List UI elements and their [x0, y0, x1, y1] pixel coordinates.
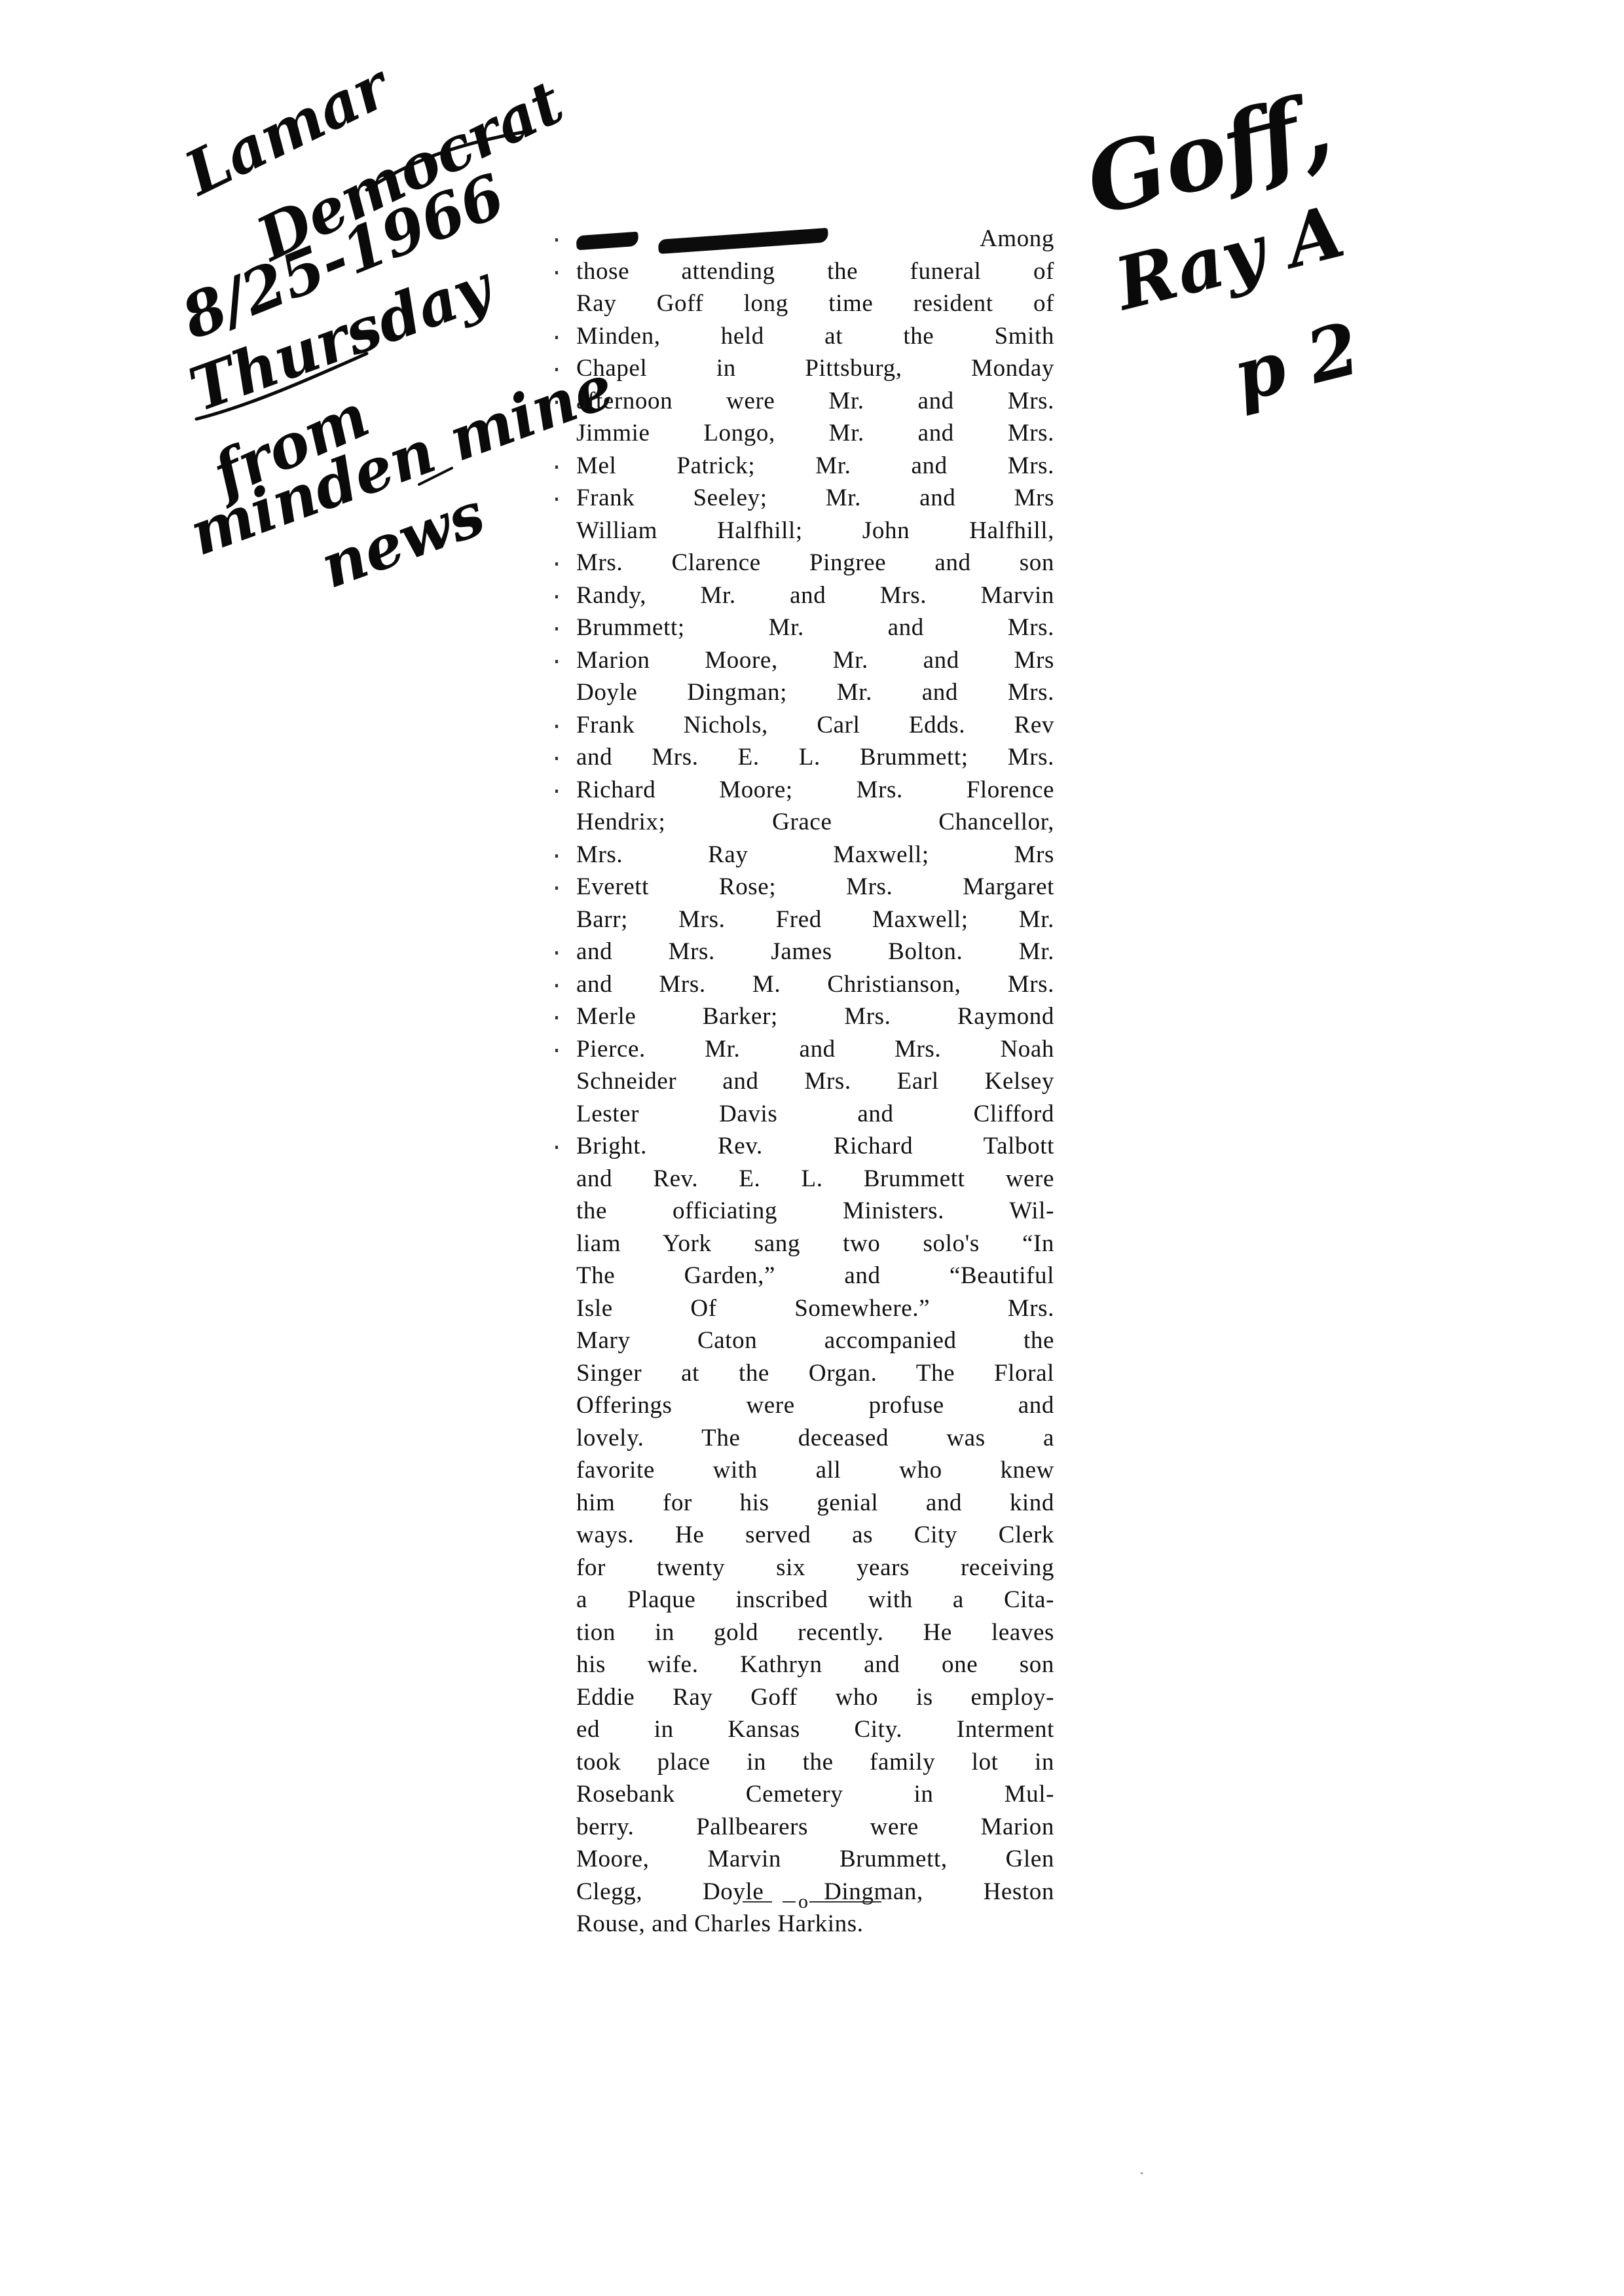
- margin-speck: [551, 611, 564, 644]
- article-line: those attending the funeral of: [576, 255, 1054, 288]
- article-line: Moore, Marvin Brummett, Glen: [576, 1843, 1054, 1876]
- article-line: Jimmie Longo, Mr. and Mrs.: [576, 417, 1054, 450]
- redacted-name: [576, 223, 828, 255]
- margin-speck: [551, 774, 564, 807]
- margin-speck: [551, 741, 564, 774]
- newspaper-clipping: Among those attending the funeral ofRay …: [576, 223, 1054, 1941]
- article-line: him for his genial and kind: [576, 1487, 1054, 1520]
- article-line: and Mrs. M. Christianson, Mrs.: [576, 968, 1054, 1001]
- margin-speck: [551, 547, 564, 579]
- article-line: for twenty six years receiving: [576, 1552, 1054, 1584]
- article-line: lovely. The deceased was a: [576, 1422, 1054, 1455]
- article-line: Rosebank Cemetery in Mul-: [576, 1778, 1054, 1811]
- margin-speck: [551, 287, 564, 320]
- article-line: Mary Caton accompanied the: [576, 1324, 1054, 1357]
- handwriting-page-number: p 2: [1227, 312, 1366, 412]
- article-line: tion in gold recently. He leaves: [576, 1616, 1054, 1649]
- article-line: ed in Kansas City. Interment: [576, 1713, 1054, 1746]
- margin-speck: [551, 1033, 564, 1066]
- article-line: afternoon were Mr. and Mrs.: [576, 385, 1054, 418]
- article-line: favorite with all who knew: [576, 1454, 1054, 1487]
- margin-speck: [551, 1065, 564, 1098]
- article-line: The Garden,” and “Beautiful: [576, 1260, 1054, 1292]
- margin-speck: [551, 1000, 564, 1033]
- article-line: Marion Moore, Mr. and Mrs: [576, 644, 1054, 677]
- article-line: Minden, held at the Smith: [576, 320, 1054, 353]
- article-line: Merle Barker; Mrs. Raymond: [576, 1000, 1054, 1033]
- article-line: Everett Rose; Mrs. Margaret: [576, 871, 1054, 903]
- article-line: Offerings were profuse and: [576, 1389, 1054, 1422]
- margin-speck: [551, 352, 564, 385]
- redaction-mark: [658, 227, 829, 253]
- margin-speck: [551, 709, 564, 742]
- margin-speck: [551, 676, 564, 709]
- article-line: berry. Pallbearers were Marion: [576, 1811, 1054, 1844]
- handwritten-note-right: Goff, Ray A p 2: [1087, 118, 1388, 484]
- article-line: Randy, Mr. and Mrs. Marvin: [576, 579, 1054, 612]
- article-line: Eddie Ray Goff who is employ-: [576, 1681, 1054, 1714]
- margin-speck: [551, 903, 564, 936]
- article-line: a Plaque inscribed with a Cita-: [576, 1584, 1054, 1616]
- article-line: his wife. Kathryn and one son: [576, 1649, 1054, 1681]
- article-line: and Rev. E. L. Brummett were: [576, 1163, 1054, 1195]
- article-line: Singer at the Organ. The Floral: [576, 1357, 1054, 1390]
- article-line: Mrs. Ray Maxwell; Mrs: [576, 839, 1054, 871]
- article-line: liam York sang two solo's “In: [576, 1228, 1054, 1260]
- article-line: Hendrix; Grace Chancellor,: [576, 806, 1054, 839]
- margin-speck: [551, 839, 564, 871]
- article-word: Among: [980, 223, 1054, 255]
- separator-dash: [809, 1901, 881, 1903]
- redaction-mark: [576, 231, 638, 250]
- margin-speck: [551, 385, 564, 418]
- article-line: William Halfhill; John Halfhill,: [576, 515, 1054, 547]
- margin-speck: [551, 806, 564, 839]
- article-line: Frank Nichols, Carl Edds. Rev: [576, 709, 1054, 742]
- margin-speck: [551, 968, 564, 1001]
- article-line: and Mrs. James Bolton. Mr.: [576, 936, 1054, 968]
- margin-speck: [551, 515, 564, 547]
- margin-speck: [551, 1098, 564, 1131]
- margin-scan-marks: [551, 223, 564, 1163]
- article-line: Mrs. Clarence Pingree and son: [576, 547, 1054, 579]
- article-line: Ray Goff long time resident of: [576, 287, 1054, 320]
- article-line: Schneider and Mrs. Earl Kelsey: [576, 1065, 1054, 1098]
- article-separator: o: [694, 1895, 930, 1908]
- article-line: Rouse, and Charles Harkins.: [576, 1908, 1054, 1941]
- article-body: those attending the funeral ofRay Goff l…: [576, 255, 1054, 1941]
- margin-speck: [551, 450, 564, 483]
- separator-dash: [783, 1901, 796, 1903]
- article-line: Lester Davis and Clifford: [576, 1098, 1054, 1131]
- article-line: Brummett; Mr. and Mrs.: [576, 611, 1054, 644]
- article-line: Doyle Dingman; Mr. and Mrs.: [576, 676, 1054, 709]
- margin-speck: [551, 871, 564, 903]
- handwritten-note-left: Lamar Democrat 8/25-1966 Thursday from m…: [177, 118, 544, 589]
- scan-speck: [1141, 2172, 1143, 2174]
- article-line: Frank Seeley; Mr. and Mrs: [576, 482, 1054, 515]
- margin-speck: [551, 417, 564, 450]
- margin-speck: [551, 482, 564, 515]
- margin-speck: [551, 936, 564, 968]
- article-line: the officiating Ministers. Wil-: [576, 1195, 1054, 1228]
- separator-glyph: o: [798, 1891, 808, 1913]
- article-line: Bright. Rev. Richard Talbott: [576, 1130, 1054, 1163]
- article-line: ways. He served as City Clerk: [576, 1519, 1054, 1552]
- margin-speck: [551, 644, 564, 677]
- article-line: Pierce. Mr. and Mrs. Noah: [576, 1033, 1054, 1066]
- article-line: Barr; Mrs. Fred Maxwell; Mr.: [576, 903, 1054, 936]
- margin-speck: [551, 1130, 564, 1163]
- article-line: took place in the family lot in: [576, 1746, 1054, 1779]
- article-line: Richard Moore; Mrs. Florence: [576, 774, 1054, 807]
- margin-speck: [551, 320, 564, 353]
- margin-speck: [551, 255, 564, 288]
- margin-speck: [551, 223, 564, 255]
- article-first-line: Among: [576, 223, 1054, 255]
- margin-speck: [551, 579, 564, 612]
- separator-dash: [743, 1901, 772, 1903]
- article-line: Chapel in Pittsburg, Monday: [576, 352, 1054, 385]
- article-line: Isle Of Somewhere.” Mrs.: [576, 1292, 1054, 1325]
- article-line: Mel Patrick; Mr. and Mrs.: [576, 450, 1054, 483]
- article-line: and Mrs. E. L. Brummett; Mrs.: [576, 741, 1054, 774]
